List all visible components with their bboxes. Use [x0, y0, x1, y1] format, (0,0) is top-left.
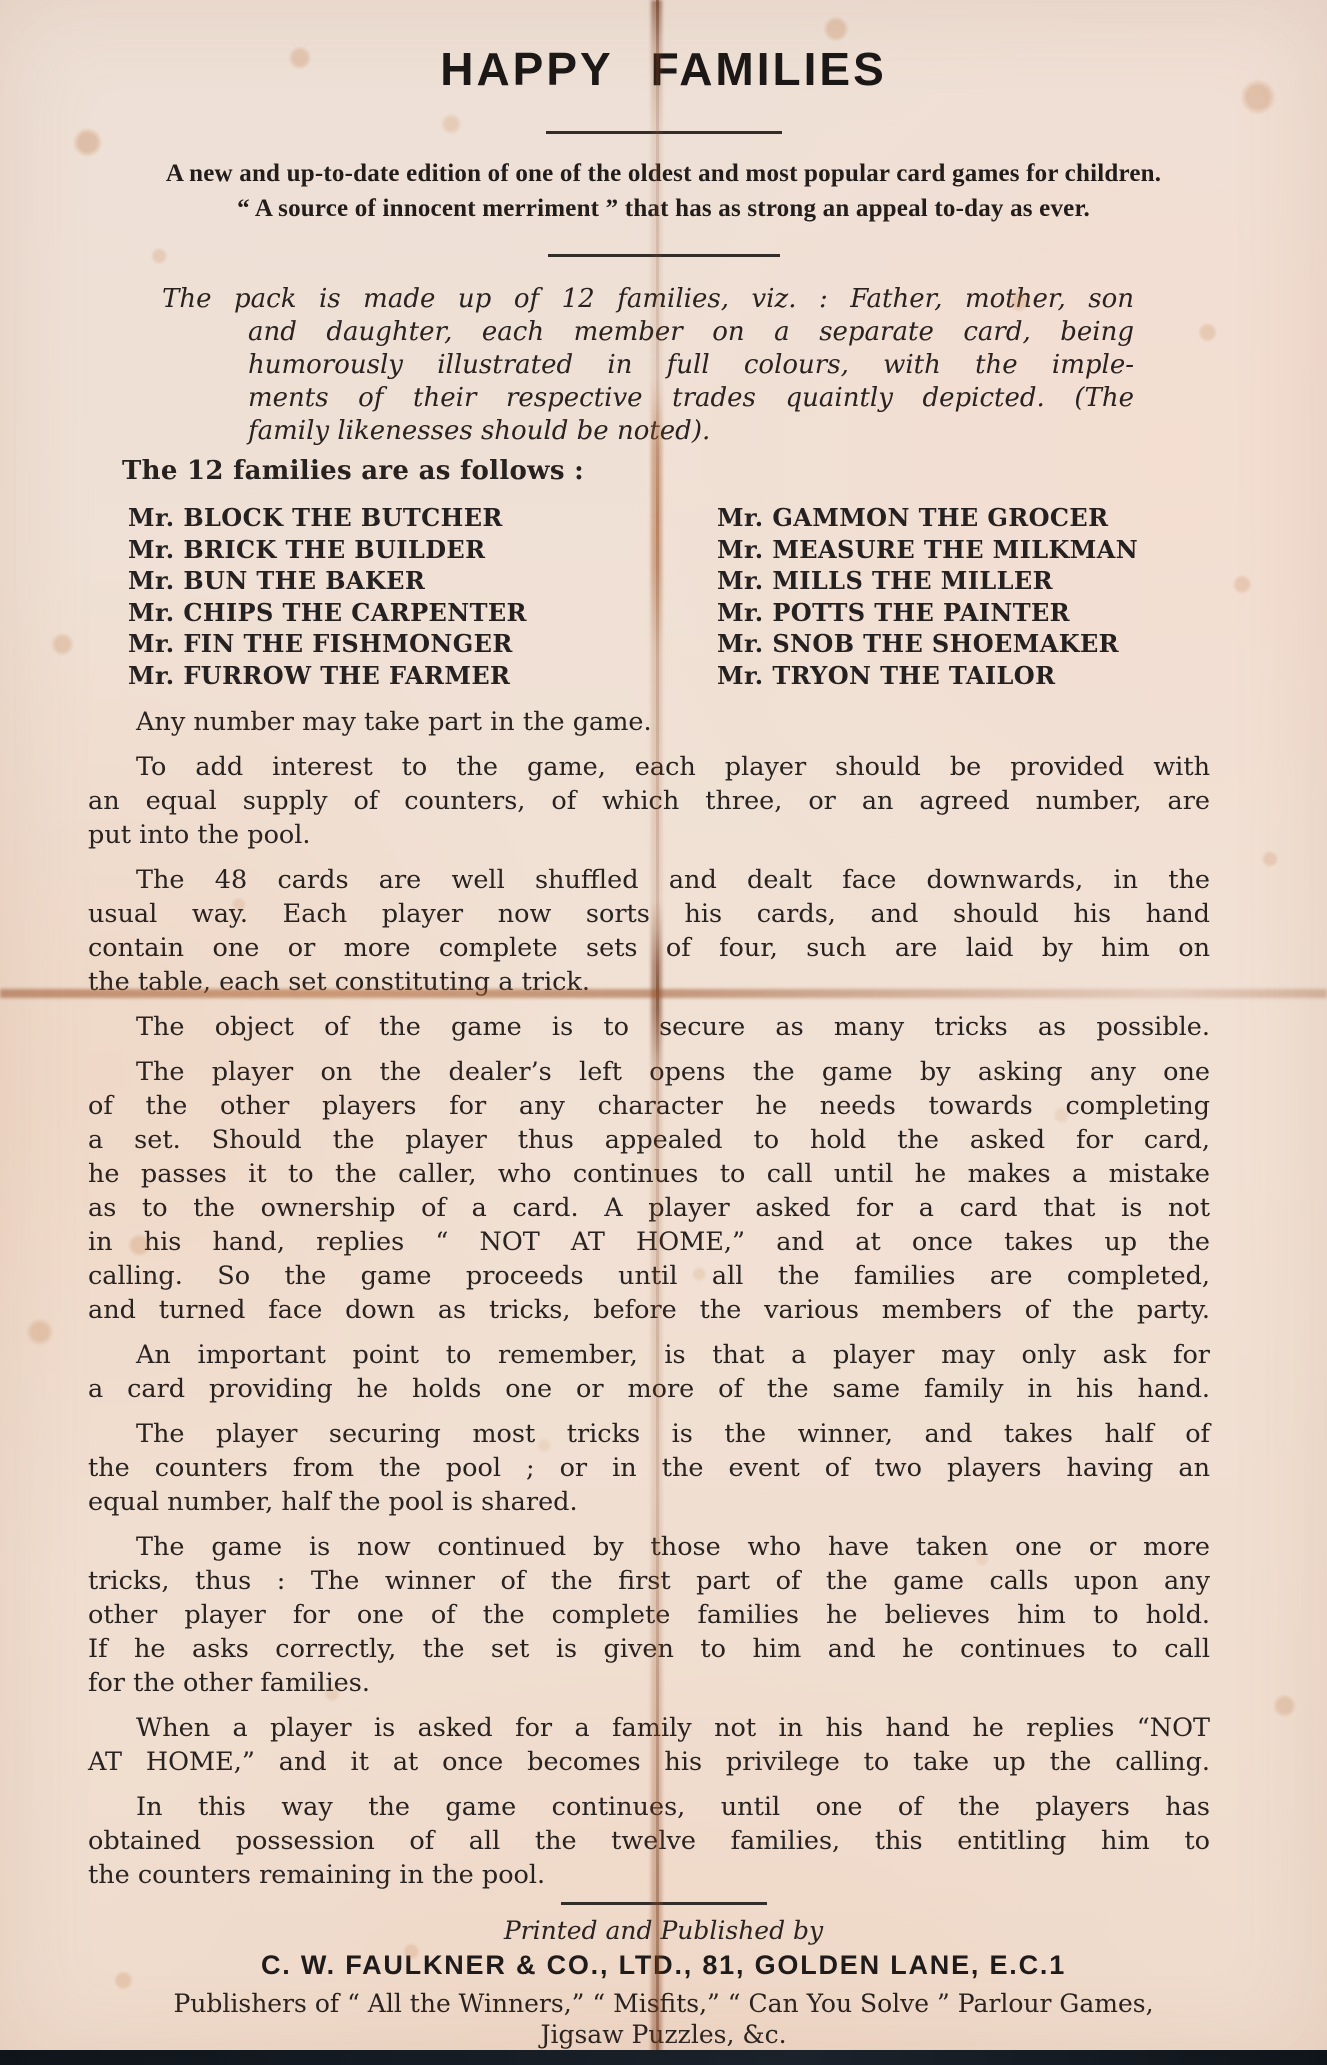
family-name: Mr. CHIPS THE CARPENTER — [128, 597, 527, 629]
intro-line: and daughter, each member on a separate … — [162, 316, 1134, 349]
families-heading: The 12 families are as follows : — [122, 456, 584, 486]
publisher-name: C. W. FAULKNER & CO., LTD., 81, GOLDEN L… — [0, 1950, 1327, 1981]
rules-paragraph: The 48 cards are well shuffled and dealt… — [88, 863, 1210, 999]
rule-line: The object of the game is to secure as m… — [88, 1010, 1210, 1044]
rules-paragraph: When a player is asked for a family not … — [88, 1711, 1210, 1779]
rules-paragraph: To add interest to the game, each player… — [88, 750, 1210, 852]
rules-text: Any number may take part in the game. To… — [88, 705, 1210, 1903]
rules-paragraph: The player on the dealer’s left opens th… — [88, 1055, 1210, 1327]
rule-line: To add interest to the game, each player… — [88, 750, 1210, 784]
rule-line: In this way the game continues, until on… — [88, 1790, 1210, 1824]
title-divider — [546, 131, 782, 134]
rule-line: the counters from the pool ; or in the e… — [88, 1451, 1210, 1485]
rule-line: a set. Should the player thus appealed t… — [88, 1123, 1210, 1157]
subtitle: A new and up-to-date edition of one of t… — [0, 156, 1327, 226]
rule-line: obtained possession of all the twelve fa… — [88, 1824, 1210, 1858]
family-name: Mr. MEASURE THE MILKMAN — [717, 534, 1138, 566]
rules-paragraph: The object of the game is to secure as m… — [88, 1010, 1210, 1044]
family-name: Mr. FIN THE FISHMONGER — [128, 628, 527, 660]
publisher-note-line: Publishers of “ All the Winners,” “ Misf… — [0, 1989, 1327, 2018]
family-name: Mr. FURROW THE FARMER — [128, 660, 527, 692]
family-name: Mr. TRYON THE TAILOR — [717, 660, 1138, 692]
family-name: Mr. GAMMON THE GROCER — [717, 502, 1138, 534]
rule-line: put into the pool. — [88, 818, 1210, 852]
rules-paragraph: Any number may take part in the game. — [88, 705, 1210, 739]
subtitle-line: “ A source of innocent merriment ” that … — [0, 191, 1327, 226]
rule-line: Any number may take part in the game. — [88, 705, 1210, 739]
rule-line: he passes it to the caller, who continue… — [88, 1157, 1210, 1191]
printed-by-line: Printed and Published by — [0, 1916, 1327, 1945]
family-name: Mr. POTTS THE PAINTER — [717, 597, 1138, 629]
rule-line: The 48 cards are well shuffled and dealt… — [88, 863, 1210, 897]
intro-paragraph: The pack is made up of 12 families, viz.… — [162, 283, 1134, 448]
rule-line: The game is now continued by those who h… — [88, 1530, 1210, 1564]
rule-line: usual way. Each player now sorts his car… — [88, 897, 1210, 931]
intro-line: humorously illustrated in full colours, … — [162, 349, 1134, 382]
rule-line: equal number, half the pool is shared. — [88, 1485, 1210, 1519]
intro-line: The pack is made up of 12 families, viz.… — [162, 283, 1134, 316]
family-name: Mr. MILLS THE MILLER — [717, 565, 1138, 597]
rule-line: contain one or more complete sets of fou… — [88, 931, 1210, 965]
rule-line: in his hand, replies “ NOT AT HOME,” and… — [88, 1225, 1210, 1259]
rule-line: If he asks correctly, the set is given t… — [88, 1632, 1210, 1666]
intro-line: family likenesses should be noted). — [162, 415, 1134, 448]
rules-paragraph: In this way the game continues, until on… — [88, 1790, 1210, 1892]
family-name: Mr. SNOB THE SHOEMAKER — [717, 628, 1138, 660]
publisher-note-line: Jigsaw Puzzles, &c. — [0, 2020, 1327, 2049]
intro-line: ments of their respective trades quaintl… — [162, 382, 1134, 415]
rule-line: an equal supply of counters, of which th… — [88, 784, 1210, 818]
rule-line: An important point to remember, is that … — [88, 1338, 1210, 1372]
rule-line: and turned face down as tricks, before t… — [88, 1293, 1210, 1327]
instruction-sheet: HAPPY FAMILIES A new and up-to-date edit… — [0, 0, 1327, 2065]
rule-line: for the other families. — [88, 1666, 1210, 1700]
rule-line: tricks, thus : The winner of the first p… — [88, 1564, 1210, 1598]
family-name: Mr. BRICK THE BUILDER — [128, 534, 527, 566]
families-list-right: Mr. GAMMON THE GROCERMr. MEASURE THE MIL… — [717, 502, 1138, 691]
rule-line: the table, each set constituting a trick… — [88, 965, 1210, 999]
rule-line: a card providing he holds one or more of… — [88, 1372, 1210, 1406]
page-title: HAPPY FAMILIES — [0, 42, 1327, 96]
rule-line: as to the ownership of a card. A player … — [88, 1191, 1210, 1225]
rule-line: When a player is asked for a family not … — [88, 1711, 1210, 1745]
rules-paragraph: The player securing most tricks is the w… — [88, 1417, 1210, 1519]
subtitle-divider — [548, 254, 780, 257]
rule-line: calling. So the game proceeds until all … — [88, 1259, 1210, 1293]
family-name: Mr. BLOCK THE BUTCHER — [128, 502, 527, 534]
footer-divider — [561, 1902, 767, 1905]
photo-edge-band — [0, 2050, 1327, 2065]
families-list-left: Mr. BLOCK THE BUTCHERMr. BRICK THE BUILD… — [128, 502, 527, 691]
rule-line: of the other players for any character h… — [88, 1089, 1210, 1123]
rule-line: AT HOME,” and it at once becomes his pri… — [88, 1745, 1210, 1779]
rule-line: the counters remaining in the pool. — [88, 1858, 1210, 1892]
family-name: Mr. BUN THE BAKER — [128, 565, 527, 597]
rule-line: The player securing most tricks is the w… — [88, 1417, 1210, 1451]
subtitle-line: A new and up-to-date edition of one of t… — [0, 156, 1327, 191]
rules-paragraph: The game is now continued by those who h… — [88, 1530, 1210, 1700]
rules-paragraph: An important point to remember, is that … — [88, 1338, 1210, 1406]
rule-line: The player on the dealer’s left opens th… — [88, 1055, 1210, 1089]
rule-line: other player for one of the complete fam… — [88, 1598, 1210, 1632]
